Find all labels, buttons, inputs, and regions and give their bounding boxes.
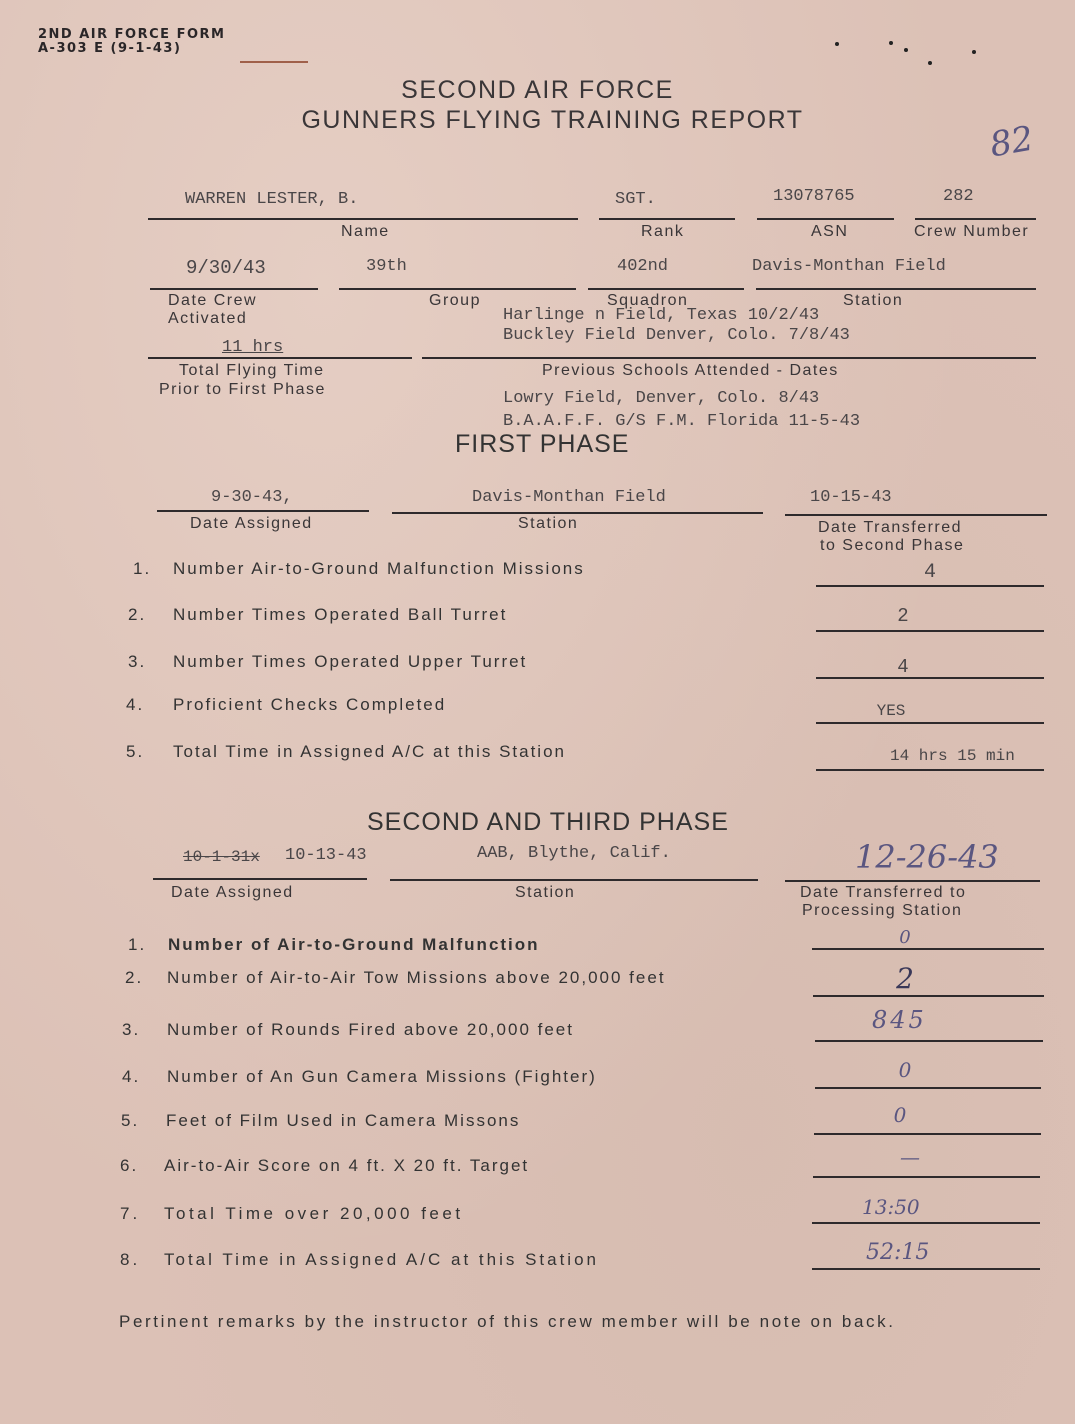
second-phase-item-value: 0 bbox=[812, 927, 998, 948]
punch-hole bbox=[835, 42, 839, 46]
rank-label: Rank bbox=[641, 223, 684, 241]
item-rule bbox=[815, 1087, 1041, 1089]
date-crew-activated-value: 9/30/43 bbox=[186, 257, 266, 279]
first-phase-item-num: 1. bbox=[133, 559, 151, 579]
date-transferred-label: Date Transferred to bbox=[800, 884, 966, 902]
station-rule bbox=[390, 879, 758, 881]
rank-rule bbox=[599, 218, 735, 220]
asn-rule bbox=[757, 218, 894, 220]
total-flying-time-value: 11 hrs bbox=[222, 338, 283, 357]
second-phase-item-value: 845 bbox=[872, 1006, 927, 1034]
first-phase-item-value: 4 bbox=[816, 561, 1044, 584]
punch-hole bbox=[889, 41, 893, 45]
second-phase-item-value: 2 bbox=[812, 962, 998, 995]
second-phase-item-value: 0 bbox=[812, 1058, 998, 1082]
item-rule bbox=[816, 769, 1044, 771]
second-phase-item-num: 8. bbox=[120, 1250, 140, 1270]
asn-value: 13078765 bbox=[773, 187, 855, 206]
item-rule bbox=[812, 1268, 1040, 1270]
second-phase-item-num: 4. bbox=[122, 1067, 140, 1087]
first-phase-item-value: YES bbox=[816, 702, 966, 720]
first-phase-item-num: 5. bbox=[126, 742, 144, 762]
second-phase-item-label: Total Time in Assigned A/C at this Stati… bbox=[164, 1250, 599, 1270]
total-flying-time-label: Total Flying Time bbox=[179, 362, 325, 380]
second-phase-date-transferred-value: 12-26-43 bbox=[855, 838, 999, 876]
first-phase-item-label: Number Times Operated Ball Turret bbox=[173, 605, 507, 625]
first-phase-item-label: Number Times Operated Upper Turret bbox=[173, 652, 527, 672]
second-phase-item-label: Number of An Gun Camera Missions (Fighte… bbox=[167, 1067, 597, 1087]
group-label: Group bbox=[429, 292, 481, 310]
first-phase-date-transferred-value: 10-15-43 bbox=[810, 488, 892, 507]
second-phase-item-value: 13:50 bbox=[862, 1195, 920, 1219]
first-phase-item-value: 14 hrs 15 min bbox=[890, 747, 1015, 765]
date-transferred-rule bbox=[785, 880, 1040, 882]
station-rule bbox=[756, 288, 1036, 290]
second-phase-item-value: 52:15 bbox=[866, 1240, 929, 1265]
title-line2: GUNNERS FLYING TRAINING REPORT bbox=[0, 106, 1075, 135]
crew-number-label: Crew Number bbox=[914, 223, 1029, 241]
first-phase-item-label: Proficient Checks Completed bbox=[173, 695, 446, 715]
first-phase-item-label: Total Time in Assigned A/C at this Stati… bbox=[173, 742, 566, 762]
date-assigned-label: Date Assigned bbox=[171, 884, 294, 902]
group-value: 39th bbox=[366, 257, 407, 276]
processing-station-label: Processing Station bbox=[802, 902, 962, 920]
previous-school-entry: Buckley Field Denver, Colo. 7/8/43 bbox=[503, 326, 850, 345]
second-phase-item-label: Number of Air-to-Ground Malfunction bbox=[168, 935, 540, 955]
second-phase-item-num: 3. bbox=[122, 1020, 140, 1040]
previous-school-entry: B.A.A.F.F. G/S F.M. Florida 11-5-43 bbox=[503, 412, 860, 431]
station-label: Station bbox=[515, 884, 575, 902]
crew-number-value: 282 bbox=[943, 187, 974, 206]
check-mark-icon: — bbox=[812, 1145, 1008, 1169]
first-phase-station-value: Davis-Monthan Field bbox=[472, 488, 666, 507]
item-rule bbox=[814, 1133, 1041, 1135]
first-phase-item-value: 4 bbox=[816, 656, 990, 678]
station-label: Station bbox=[518, 515, 578, 533]
second-phase-item-label: Feet of Film Used in Camera Missons bbox=[166, 1111, 520, 1131]
station-rule bbox=[392, 512, 763, 514]
squadron-rule bbox=[588, 288, 744, 290]
item-rule bbox=[816, 585, 1044, 587]
struck-date-value: 10-1-31x bbox=[183, 848, 260, 866]
first-phase-item-label: Number Air-to-Ground Malfunction Mission… bbox=[173, 559, 585, 579]
second-phase-item-num: 7. bbox=[120, 1204, 140, 1224]
asn-label: ASN bbox=[811, 223, 848, 241]
rank-value: SGT. bbox=[615, 190, 656, 209]
second-phase-item-label: Number of Air-to-Air Tow Missions above … bbox=[167, 968, 666, 988]
previous-schools-rule bbox=[422, 357, 1036, 359]
name-label: Name bbox=[341, 223, 390, 241]
date-transferred-label: Date Transferred bbox=[818, 519, 962, 537]
second-phase-item-label: Air-to-Air Score on 4 ft. X 20 ft. Targe… bbox=[164, 1156, 529, 1176]
form-id-line1: 2ND AIR FORCE FORM bbox=[38, 28, 225, 42]
flying-time-rule bbox=[148, 357, 412, 359]
form-id-line2: A-303 E (9-1-43) bbox=[38, 42, 181, 56]
date-crew-rule bbox=[150, 288, 318, 290]
first-phase-item-num: 3. bbox=[128, 652, 146, 672]
item-rule bbox=[813, 995, 1044, 997]
title-line1: SECOND AIR FORCE bbox=[0, 76, 1075, 105]
second-phase-item-num: 5. bbox=[121, 1111, 139, 1131]
name-rule bbox=[148, 218, 578, 220]
second-phase-item-num: 1. bbox=[128, 935, 146, 955]
first-phase-date-assigned-value: 9-30-43, bbox=[211, 488, 293, 507]
name-value: WARREN LESTER, B. bbox=[185, 190, 358, 209]
second-phase-item-num: 6. bbox=[120, 1156, 138, 1176]
date-assigned-rule bbox=[153, 878, 367, 880]
previous-school-entry: Lowry Field, Denver, Colo. 8/43 bbox=[503, 389, 819, 408]
station-value: Davis-Monthan Field bbox=[752, 257, 946, 276]
item-rule bbox=[812, 1222, 1040, 1224]
second-phase-item-label: Number of Rounds Fired above 20,000 feet bbox=[167, 1020, 574, 1040]
date-transferred-rule bbox=[785, 514, 1047, 516]
remarks-note: Pertinent remarks by the instructor of t… bbox=[119, 1312, 896, 1332]
second-third-phase-title: SECOND AND THIRD PHASE bbox=[367, 808, 729, 837]
second-phase-item-value: 0 bbox=[812, 1103, 988, 1127]
item-rule bbox=[816, 722, 1044, 724]
item-rule bbox=[816, 677, 1044, 679]
date-crew-label: Date Crew bbox=[168, 292, 257, 310]
second-phase-item-num: 2. bbox=[125, 968, 143, 988]
item-rule bbox=[812, 948, 1044, 950]
second-phase-date-assigned-value: 10-13-43 bbox=[285, 846, 367, 865]
second-phase-station-value: AAB, Blythe, Calif. bbox=[477, 844, 671, 863]
activated-label: Activated bbox=[168, 310, 247, 328]
item-rule bbox=[816, 630, 1044, 632]
date-assigned-rule bbox=[157, 510, 369, 512]
staple-mark bbox=[240, 61, 308, 63]
previous-schools-label: Previous Schools Attended - Dates bbox=[542, 362, 839, 380]
item-rule bbox=[813, 1176, 1040, 1178]
station-label: Station bbox=[843, 292, 903, 310]
punch-hole bbox=[928, 61, 932, 65]
previous-school-entry: Harlinge n Field, Texas 10/2/43 bbox=[503, 306, 819, 325]
corner-annotation: 82 bbox=[987, 119, 1037, 166]
prior-first-phase-label: Prior to First Phase bbox=[159, 381, 326, 399]
item-rule bbox=[815, 1040, 1043, 1042]
first-phase-item-num: 2. bbox=[128, 605, 146, 625]
second-phase-item-label: Total Time over 20,000 feet bbox=[164, 1204, 464, 1224]
date-assigned-label: Date Assigned bbox=[190, 515, 313, 533]
crew-number-rule bbox=[915, 218, 1036, 220]
to-second-phase-label: to Second Phase bbox=[820, 537, 964, 555]
punch-hole bbox=[904, 48, 908, 52]
group-rule bbox=[339, 288, 576, 290]
squadron-value: 402nd bbox=[617, 257, 668, 276]
first-phase-item-value: 2 bbox=[816, 605, 990, 627]
punch-hole bbox=[972, 50, 976, 54]
first-phase-title: FIRST PHASE bbox=[455, 430, 629, 459]
first-phase-item-num: 4. bbox=[126, 695, 144, 715]
